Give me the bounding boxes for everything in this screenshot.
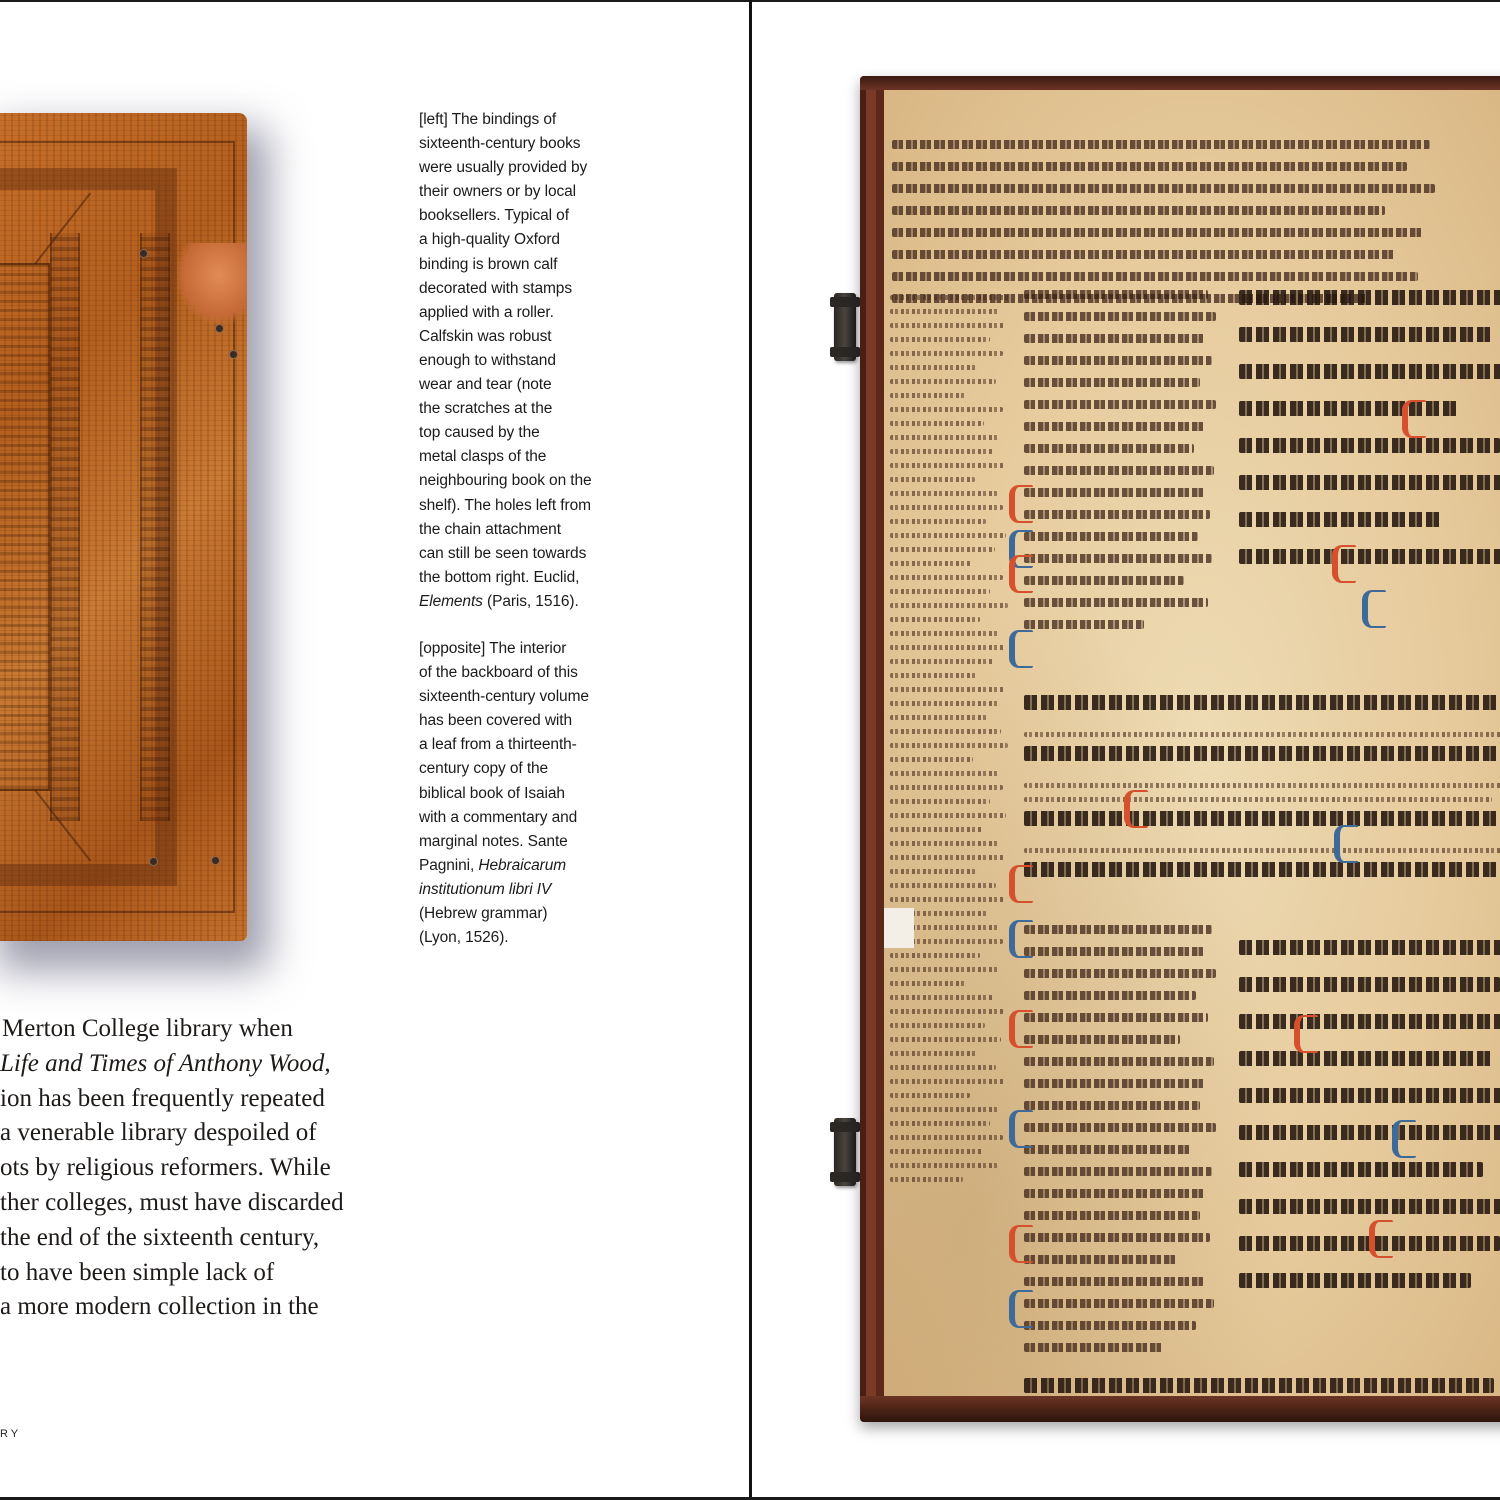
body-line: a venerable library despoiled of <box>0 1116 390 1151</box>
red-initial-icon <box>1009 1225 1033 1263</box>
board-edge-top <box>860 76 1500 90</box>
chain-hole-icon <box>140 250 147 257</box>
caption-author: Pagnini, <box>419 857 478 874</box>
body-line: to have been simple lack of <box>0 1256 390 1291</box>
board-edge-bottom <box>860 1396 1500 1422</box>
caption-line: the scratches at the <box>419 397 634 421</box>
red-initial-icon <box>1009 555 1033 593</box>
caption-line: booksellers. Typical of <box>419 204 634 228</box>
running-footer: RY <box>0 1428 21 1440</box>
chain-hole-icon <box>150 858 157 865</box>
body-line: ther colleges, must have discarded <box>0 1186 390 1221</box>
right-page <box>752 0 1500 1500</box>
red-initial-icon <box>1369 1220 1393 1258</box>
caption-line: can still be seen towards <box>419 542 634 566</box>
red-initial-icon <box>1009 1010 1033 1048</box>
commentary-column-lower <box>1024 925 1224 1365</box>
caption-line: shelf). The holes left from <box>419 494 634 518</box>
caption-line: century copy of the <box>419 757 634 781</box>
caption-line: a high-quality Oxford <box>419 228 634 252</box>
caption-line: Pagnini, Hebraicarum <box>419 854 634 878</box>
blue-initial-icon <box>1392 1120 1416 1158</box>
body-line: the end of the sixteenth century, <box>0 1221 390 1256</box>
chain-hole-icon <box>230 351 237 358</box>
left-page: [left] The bindings of sixteenth-century… <box>0 0 749 1500</box>
caption-line: of the backboard of this <box>419 661 634 685</box>
caption-line: Elements (Paris, 1516). <box>419 590 634 614</box>
red-initial-icon <box>1009 865 1033 903</box>
caption-line: [left] The bindings of <box>419 108 634 132</box>
caption-line: binding is brown calf <box>419 253 634 277</box>
caption-book-title: institutionum libri IV <box>419 881 551 898</box>
red-initial-icon <box>1009 485 1033 523</box>
caption-line: with a commentary and <box>419 806 634 830</box>
red-initial-icon <box>1294 1015 1318 1053</box>
caption-line: sixteenth-century books <box>419 132 634 156</box>
body-line: a more modern collection in the <box>0 1290 390 1325</box>
caption-line: (Lyon, 1526). <box>419 926 634 950</box>
binding-roller-strip <box>140 233 170 821</box>
parchment-leaf <box>884 90 1500 1396</box>
caption-line: the bottom right. Euclid, <box>419 566 634 590</box>
isaiah-text-column-lower <box>1239 940 1500 1310</box>
blue-initial-icon <box>1009 1290 1033 1328</box>
chain-hole-icon <box>216 325 223 332</box>
body-line: ion has been frequently repeated <box>0 1082 390 1117</box>
blue-initial-icon <box>1362 590 1386 628</box>
body-book-title: Life and Times of Anthony Wood <box>0 1050 324 1077</box>
caption-book-title: Hebraicarum <box>478 857 566 874</box>
red-initial-icon <box>1402 400 1426 438</box>
red-initial-icon <box>1332 545 1356 583</box>
isaiah-text-bottom <box>1024 1378 1500 1396</box>
paper-repair-patch <box>884 908 914 948</box>
binding-worn-corner <box>177 243 247 323</box>
clasp-icon <box>834 1118 856 1186</box>
caption-line: institutionum libri IV <box>419 878 634 902</box>
caption-line: applied with a roller. <box>419 301 634 325</box>
clasp-icon <box>834 293 856 361</box>
caption-line: has been covered with <box>419 709 634 733</box>
body-line: ots by religious reformers. While <box>0 1151 390 1186</box>
book-binding-photo <box>0 113 247 941</box>
isaiah-text-wide <box>1024 695 1500 899</box>
blue-initial-icon <box>1009 920 1033 958</box>
caption-opposite-figure: [opposite] The interior of the backboard… <box>419 637 634 950</box>
caption-line: wear and tear (note <box>419 373 634 397</box>
caption-line: top caused by the <box>419 421 634 445</box>
caption-book-title: Elements <box>419 593 483 610</box>
marginal-notes <box>890 295 1015 1191</box>
blue-initial-icon <box>1009 630 1033 668</box>
caption-left-figure: [left] The bindings of sixteenth-century… <box>419 108 634 614</box>
caption-line: metal clasps of the <box>419 445 634 469</box>
isaiah-text-column <box>1239 290 1500 586</box>
caption-line: a leaf from a thirteenth- <box>419 733 634 757</box>
manuscript-leaf-photo <box>860 76 1500 1422</box>
caption-line: their owners or by local <box>419 180 634 204</box>
binding-center-panel <box>0 263 50 791</box>
caption-line: the chain attachment <box>419 518 634 542</box>
binding-roller-strip <box>50 233 80 821</box>
caption-line: enough to withstand <box>419 349 634 373</box>
caption-citation: (Paris, 1516). <box>483 593 579 610</box>
caption-line: decorated with stamps <box>419 277 634 301</box>
blue-initial-icon <box>1334 825 1358 863</box>
caption-line: sixteenth-century volume <box>419 685 634 709</box>
red-initial-icon <box>1124 790 1148 828</box>
body-text: Merton College library when Life and Tim… <box>0 1012 390 1325</box>
body-line: Merton College library when <box>0 1012 390 1047</box>
caption-line: [opposite] The interior <box>419 637 634 661</box>
caption-line: (Hebrew grammar) <box>419 902 634 926</box>
caption-line: neighbouring book on the <box>419 469 634 493</box>
caption-line: were usually provided by <box>419 156 634 180</box>
caption-line: Calfskin was robust <box>419 325 634 349</box>
body-punctuation: , <box>324 1050 330 1077</box>
commentary-column <box>1024 290 1224 642</box>
body-line: Life and Times of Anthony Wood, <box>0 1047 390 1082</box>
chain-hole-icon <box>212 857 219 864</box>
caption-line: biblical book of Isaiah <box>419 782 634 806</box>
blue-initial-icon <box>1009 1110 1033 1148</box>
caption-line: marginal notes. Sante <box>419 830 634 854</box>
